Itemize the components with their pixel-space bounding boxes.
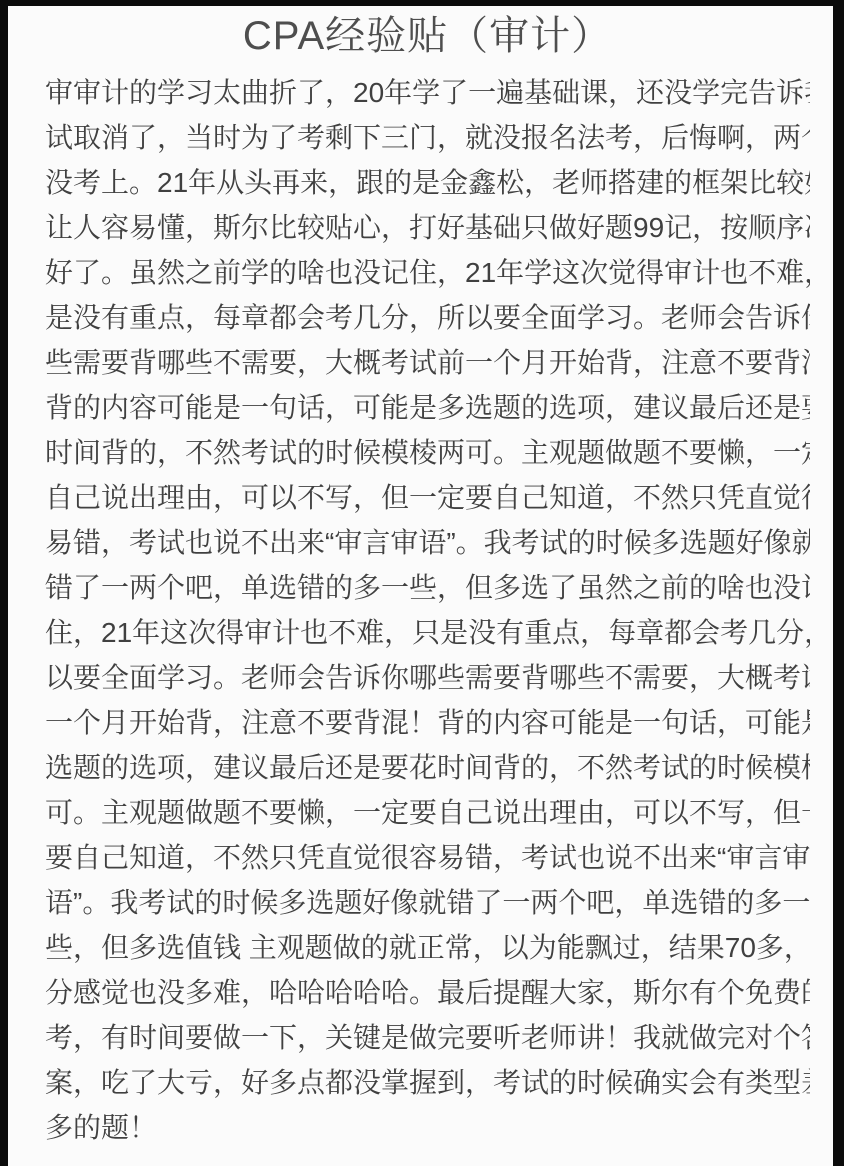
text-line: 以要全面学习。老师会告诉你哪些需要背哪些不需要，大概考试前 (45, 655, 810, 700)
text-line: 分感觉也没多难，哈哈哈哈哈。最后提醒大家，斯尔有个免费的模 (45, 970, 810, 1015)
text-line: 时间背的，不然考试的时候模棱两可。主观题做题不要懒，一定要 (45, 430, 810, 475)
page-frame: CPA经验贴（审计） 审审计的学习太曲折了，20年学了一遍基础课，还没学完告诉我… (0, 0, 844, 1166)
text-line: 自己说出理由，可以不写，但一定要自己知道，不然只凭直觉很容 (45, 475, 810, 520)
text-line: 好了。虽然之前学的啥也没记住，21年学这次觉得审计也不难，只 (45, 250, 810, 295)
text-line: 试取消了，当时为了考剩下三门，就没报名法考，后悔啊，两个都 (45, 115, 810, 160)
page-title: CPA经验贴（审计） (45, 10, 810, 62)
text-line: 易错，考试也说不出来“审言审语”。我考试的时候多选题好像就 (45, 520, 810, 565)
text-line: 考，有时间要做一下，关键是做完要听老师讲！我就做完对个答 (45, 1015, 810, 1060)
text-line: 错了一两个吧，单选错的多一些，但多选了虽然之前的啥也没记 (45, 565, 810, 610)
text-line: 要自己知道，不然只凭直觉很容易错，考试也说不出来“审言审 (45, 835, 810, 880)
text-line: 一个月开始背，注意不要背混！背的内容可能是一句话，可能是多 (45, 700, 810, 745)
right-border-bar (833, 0, 844, 1166)
text-line: 审审计的学习太曲折了，20年学了一遍基础课，还没学完告诉我考 (45, 70, 810, 115)
text-line: 些需要背哪些不需要，大概考试前一个月开始背，注意不要背混！ (45, 340, 810, 385)
text-line: 选题的选项，建议最后还是要花时间背的，不然考试的时候模棱两 (45, 745, 810, 790)
left-border-bar (0, 0, 8, 1166)
text-line: 让人容易懂，斯尔比较贴心，打好基础只做好题99记，按顺序冲就 (45, 205, 810, 250)
text-line: 可。主观题做题不要懒，一定要自己说出理由，可以不写，但一定 (45, 790, 810, 835)
text-line: 背的内容可能是一句话，可能是多选题的选项，建议最后还是要花 (45, 385, 810, 430)
text-line: 语”。我考试的时候多选题好像就错了一两个吧，单选错的多一 (45, 880, 810, 925)
text-line: 是没有重点，每章都会考几分，所以要全面学习。老师会告诉你哪 (45, 295, 810, 340)
text-line: 案，吃了大亏，好多点都没掌握到，考试的时候确实会有类型差不 (45, 1060, 810, 1105)
text-line: 多的题！ (45, 1105, 810, 1150)
text-line: 没考上。21年从头再来，跟的是金鑫松，老师搭建的框架比较好， (45, 160, 810, 205)
text-line: 住，21年这次得审计也不难，只是没有重点，每章都会考几分，所 (45, 610, 810, 655)
text-line: 些，但多选值钱 主观题做的就正常，以为能飘过，结果70多，出了 (45, 925, 810, 970)
article-body: 审审计的学习太曲折了，20年学了一遍基础课，还没学完告诉我考 试取消了，当时为了… (45, 70, 810, 1150)
article: CPA经验贴（审计） 审审计的学习太曲折了，20年学了一遍基础课，还没学完告诉我… (45, 6, 810, 1150)
